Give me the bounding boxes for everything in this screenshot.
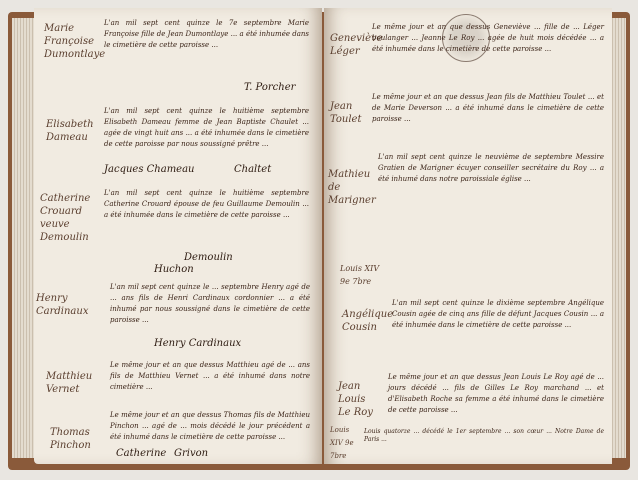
margin-name: Matthieu Vernet [46, 370, 96, 396]
margin-note: Louis XIV 9e 7bre [340, 262, 380, 288]
signature: Grivon [174, 448, 208, 459]
entry-text: Le même jour et an que dessus Jean Louis… [388, 372, 604, 428]
entry-text: L'an mil sept cent quinze le huitième se… [104, 188, 309, 256]
left-page: Marie Françoise Dumontlaye L'an mil sept… [34, 8, 322, 464]
margin-name: Jean Louis Le Roy [338, 380, 378, 419]
signature: Catherine [116, 448, 166, 459]
margin-name: Marie Françoise Dumontlaye [44, 22, 104, 61]
margin-note: Louis XIV 9e 7bre [330, 424, 362, 463]
entry-text: Louis quatorze ... décédé le 1er septemb… [364, 428, 604, 458]
signature: Jacques Chameau [104, 164, 195, 175]
margin-name: Elisabeth Dameau [46, 118, 101, 144]
entry-text: Le même jour et an que dessus Jean fils … [372, 92, 604, 138]
signature: Henry Cardinaux [154, 338, 241, 349]
margin-name: Catherine Crouard veuve Demoulin [40, 192, 102, 244]
signature: T. Porcher [244, 82, 295, 93]
margin-name: Mathieu de Marigner [328, 168, 376, 207]
right-page: Geneviève Léger Le même jour et an que d… [324, 8, 612, 464]
signature: Huchon [154, 264, 194, 275]
signature: Demoulin [184, 252, 233, 263]
entry-text: Le même jour et an que dessus Thomas fil… [110, 410, 310, 450]
entry-text: Le même jour et an que dessus Matthieu a… [110, 360, 310, 404]
entry-text: L'an mil sept cent quinze le neuvième de… [378, 152, 604, 246]
signature: Chaltet [234, 164, 271, 175]
margin-name: Thomas Pinchon [50, 426, 100, 452]
margin-name: Angélique Cousin [342, 308, 386, 334]
margin-name: Henry Cardinaux [36, 292, 106, 318]
entry-text: L'an mil sept cent quinze le ... septemb… [110, 282, 310, 338]
entry-text: L'an mil sept cent quinze le dixième sep… [392, 298, 604, 364]
entry-text: L'an mil sept cent quinze le 7e septembr… [104, 18, 309, 84]
margin-name: Jean Toulet [330, 100, 370, 126]
page-edges-left [12, 18, 34, 458]
page-edges-right [610, 18, 626, 458]
entry-text: L'an mil sept cent quinze le huitième se… [104, 106, 309, 172]
margin-name: Geneviève Léger [330, 32, 370, 58]
entry-text: Le même jour et an que dessus Geneviève … [372, 22, 604, 78]
